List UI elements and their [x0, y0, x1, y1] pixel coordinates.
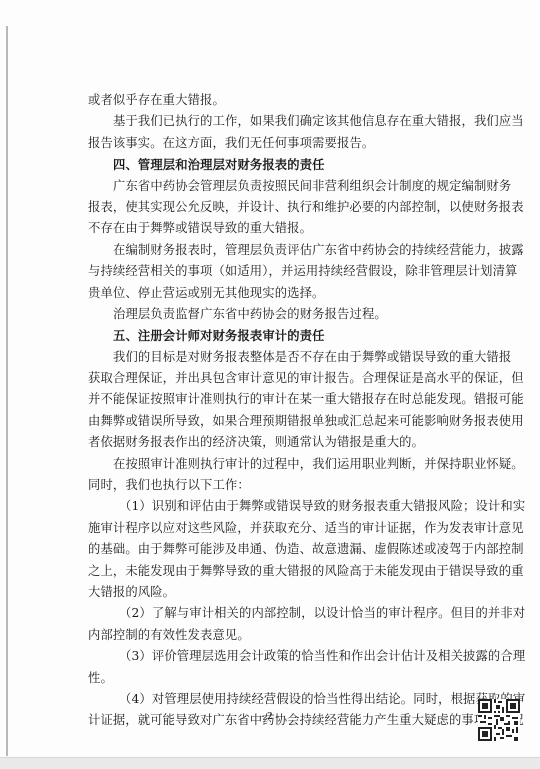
- page-number: - 2 -: [0, 712, 540, 722]
- text-line: 同时，我们也执行以下工作：: [88, 475, 446, 496]
- document-page: 或者似乎存在重大错报。基于我们已执行的工作，如果我们确定该其他信息存在重大错报，…: [0, 0, 540, 757]
- text-line: 贵单位、停止营运或别无其他现实的选择。: [88, 283, 446, 304]
- text-line: 大错报的风险。: [88, 582, 446, 603]
- text-line: 并不能保证按照审计准则执行的审计在某一重大错报存在时总能发现。错报可能: [88, 389, 446, 410]
- text-line: 之上，未能发现由于舞弊导致的重大错报的风险高于未能发现由于错误导致的重: [88, 561, 446, 582]
- text-line: 或者似乎存在重大错报。: [88, 90, 446, 111]
- text-line: 治理层负责监督广东省中药协会的财务报告过程。: [88, 304, 446, 325]
- viewer-bottom-strip: [0, 757, 540, 769]
- text-line: 者依据财务报表作出的经济决策，则通常认为错报是重大的。: [88, 432, 446, 453]
- text-line: 的基础。由于舞弊可能涉及串通、伪造、故意遗漏、虚假陈述或凌驾于内部控制: [88, 539, 446, 560]
- qr-code-icon: [478, 698, 520, 742]
- text-line: 在按照审计准则执行审计的过程中，我们运用职业判断，并保持职业怀疑。: [88, 454, 446, 475]
- text-line: （2）了解与审计相关的内部控制，以设计恰当的审计程序。但目的并非对: [88, 603, 446, 624]
- text-line: 内部控制的有效性发表意见。: [88, 625, 446, 646]
- text-line: 性。: [88, 668, 446, 689]
- text-line: （3）评价管理层选用会计政策的恰当性和作出会计估计及相关披露的合理: [88, 646, 446, 667]
- text-line: （4）对管理层使用持续经营假设的恰当性得出结论。同时，根据获取的审: [88, 689, 446, 710]
- text-line: 报告该事实。在这方面，我们无任何事项需要报告。: [88, 133, 446, 154]
- text-line: 广东省中药协会管理层负责按照民间非营利组织会计制度的规定编制财务: [88, 176, 446, 197]
- text-line: 报表，使其实现公允反映，并设计、执行和维护必要的内部控制，以使财务报表: [88, 197, 446, 218]
- text-line: 基于我们已执行的工作，如果我们确定该其他信息存在重大错报，我们应当: [88, 111, 446, 132]
- section-heading: 四、管理层和治理层对财务报表的责任: [88, 154, 446, 175]
- text-line: 由舞弊或错误所导致，如果合理预期错报单独或汇总起来可能影响财务报表使用: [88, 411, 446, 432]
- text-line: 获取合理保证，并出具包含审计意见的审计报告。合理保证是高水平的保证，但: [88, 368, 446, 389]
- document-body: 或者似乎存在重大错报。基于我们已执行的工作，如果我们确定该其他信息存在重大错报，…: [88, 90, 446, 732]
- section-heading: 五、注册会计师对财务报表审计的责任: [88, 325, 446, 346]
- text-line: 施审计程序以应对这些风险，并获取充分、适当的审计证据，作为发表审计意见: [88, 518, 446, 539]
- text-line: 在编制财务报表时，管理层负责评估广东省中药协会的持续经营能力，披露: [88, 240, 446, 261]
- text-line: 不存在由于舞弊或错误导致的重大错报。: [88, 218, 446, 239]
- text-line: （1）识别和评估由于舞弊或错误导致的财务报表重大错报风险；设计和实: [88, 496, 446, 517]
- text-line: 与持续经营相关的事项（如适用），并运用持续经营假设，除非管理层计划清算: [88, 261, 446, 282]
- binding-edge-line: [6, 26, 8, 756]
- text-line: 我们的目标是对财务报表整体是否不存在由于舞弊或错误导致的重大错报: [88, 347, 446, 368]
